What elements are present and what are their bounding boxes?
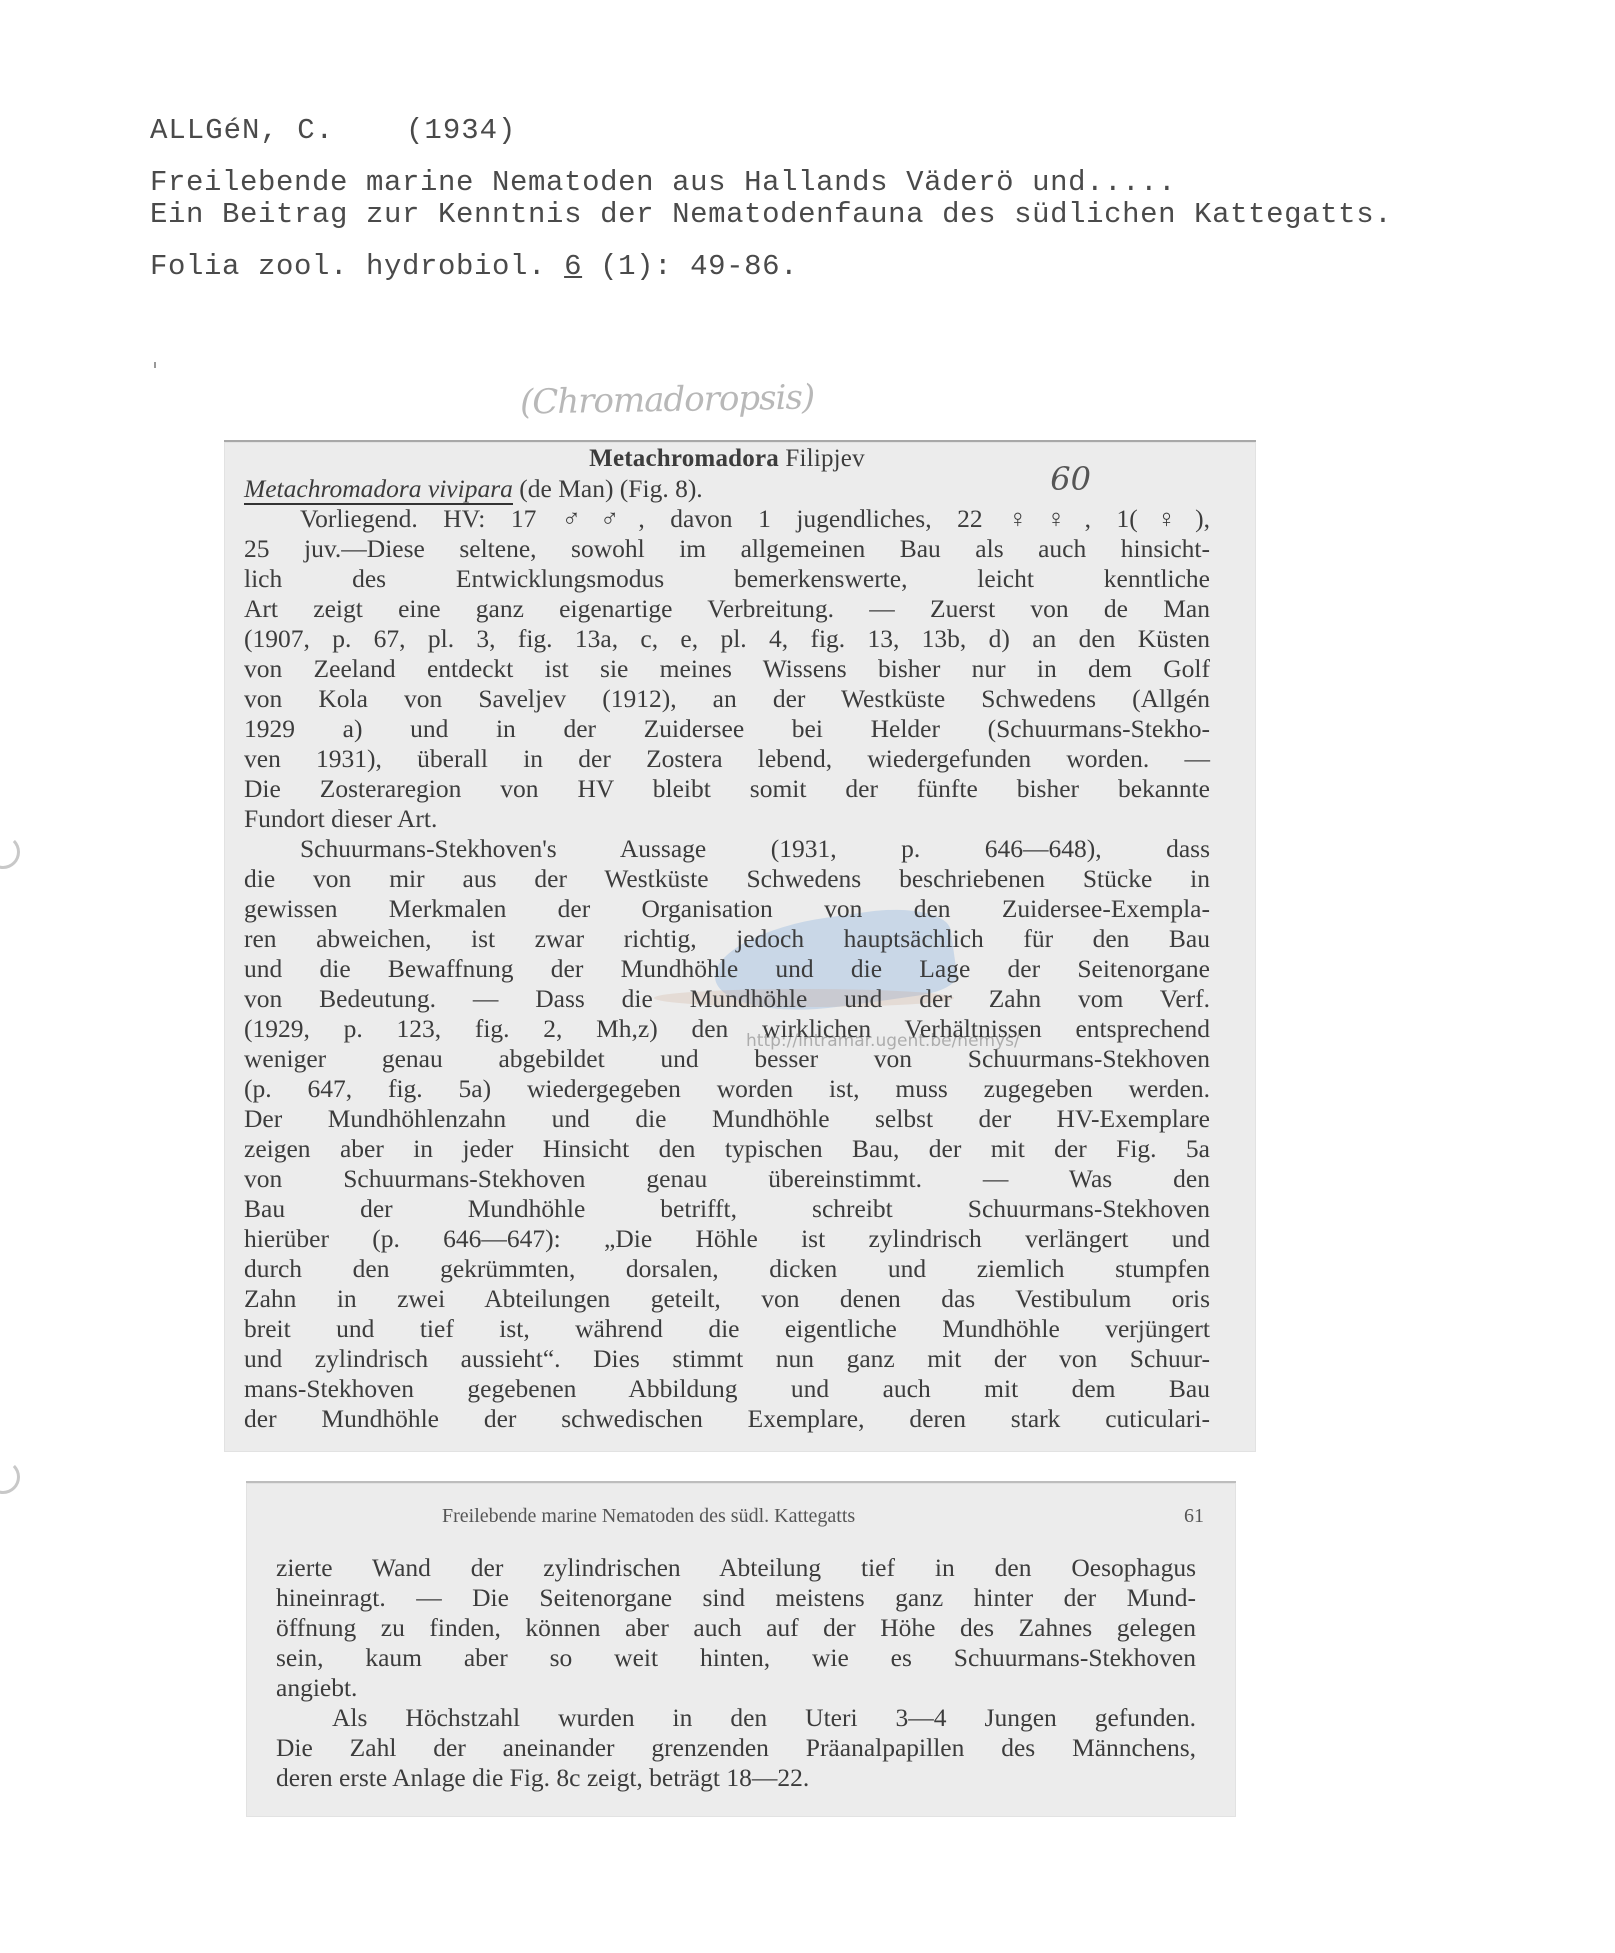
- species-heading: Metachromadora vivipara (de Man) (Fig. 8…: [244, 474, 1210, 504]
- text-line: gewissen Merkmalen der Organisation von …: [244, 894, 1210, 924]
- text-line: von Bedeutung. — Dass die Mundhöhle und …: [244, 984, 1210, 1014]
- text-line: sein, kaum aber so weit hinten, wie es S…: [276, 1643, 1196, 1673]
- punch-hole-mark: [0, 1460, 20, 1494]
- punch-hole-mark: [0, 835, 20, 869]
- text-line: öffnung zu finden, können aber auch auf …: [276, 1613, 1196, 1643]
- species-author-fig: (de Man) (Fig. 8).: [513, 474, 703, 503]
- text-line: Schuurmans-Stekhoven's Aussage (1931, p.…: [244, 834, 1210, 864]
- text-line: Art zeigt eine ganz eigenartige Verbreit…: [244, 594, 1210, 624]
- text-line: zierte Wand der zylindrischen Abteilung …: [276, 1553, 1196, 1583]
- text-line: Vorliegend. HV: 17 ♂♂, davon 1 jugendlic…: [244, 504, 1210, 534]
- handwritten-genus-note: (Chromadoropsis): [520, 377, 815, 422]
- species-name: Metachromadora vivipara: [244, 474, 513, 505]
- text-line: ven 1931), überall in der Zostera lebend…: [244, 744, 1210, 774]
- text-line: Fundort dieser Art.: [244, 804, 1210, 834]
- text-line: Bau der Mundhöhle betrifft, schreibt Sch…: [244, 1194, 1210, 1224]
- genus-heading: Metachromadora Filipjev: [244, 444, 1210, 474]
- text-line: breit und tief ist, während die eigentli…: [244, 1314, 1210, 1344]
- citation-journal: Folia zool. hydrobiol.: [150, 250, 564, 283]
- text-line: von Kola von Saveljev (1912), an der Wes…: [244, 684, 1210, 714]
- publication-year: (1934): [406, 114, 516, 147]
- card-author-line: ALLGéN, C.(1934): [150, 114, 516, 147]
- text-line: Zahn in zwei Abteilungen geteilt, von de…: [244, 1284, 1210, 1314]
- text-line: von Schuurmans-Stekhoven genau übereinst…: [244, 1164, 1210, 1194]
- text-line: deren erste Anlage die Fig. 8c zeigt, be…: [276, 1763, 1196, 1793]
- text-line: Die Zahl der aneinander grenzenden Präan…: [276, 1733, 1196, 1763]
- text-line: ren abweichen, ist zwar richtig, jedoch …: [244, 924, 1210, 954]
- clipping-body: zierte Wand der zylindrischen Abteilung …: [276, 1553, 1196, 1793]
- title-line-2: Ein Beitrag zur Kenntnis der Nematodenfa…: [150, 198, 1392, 231]
- text-line: mans-Stekhoven gegebenen Abbildung und a…: [244, 1374, 1210, 1404]
- journal-citation: Folia zool. hydrobiol. 6 (1): 49-86.: [150, 250, 798, 283]
- text-line: 1929 a) und in der Zuidersee bei Helder …: [244, 714, 1210, 744]
- citation-issue-pages: (1): 49-86.: [582, 250, 798, 283]
- article-clipping-page-60: 60 http://intramar.ugent.be/nemys/ Metac…: [224, 440, 1256, 1452]
- text-line: (p. 647, fig. 5a) wiedergegeben worden i…: [244, 1074, 1210, 1104]
- author-name: ALLGéN, C.: [150, 114, 334, 147]
- text-line: Als Höchstzahl wurden in den Uteri 3—4 J…: [276, 1703, 1196, 1733]
- genus-name: Metachromadora: [589, 445, 779, 472]
- clipping-body: Metachromadora Filipjev Metachromadora v…: [244, 444, 1210, 1434]
- title-line-1: Freilebende marine Nematoden aus Halland…: [150, 166, 1176, 199]
- genus-author: Filipjev: [779, 445, 865, 472]
- text-line: Die Zosteraregion von HV bleibt somit de…: [244, 774, 1210, 804]
- text-line: der Mundhöhle der schwedischen Exemplare…: [244, 1404, 1210, 1434]
- running-head-title: Freilebende marine Nematoden des südl. K…: [442, 1505, 855, 1528]
- text-line: (1907, p. 67, pl. 3, fig. 13a, c, e, pl.…: [244, 624, 1210, 654]
- text-line: hineinragt. — Die Seitenorgane sind meis…: [276, 1583, 1196, 1613]
- text-line: hierüber (p. 646—647): „Die Höhle ist zy…: [244, 1224, 1210, 1254]
- article-clipping-page-61: Freilebende marine Nematoden des südl. K…: [246, 1481, 1236, 1817]
- text-line: Der Mundhöhlenzahn und die Mundhöhle sel…: [244, 1104, 1210, 1134]
- text-line: lich des Entwicklungsmodus bemerkenswert…: [244, 564, 1210, 594]
- text-line: zeigen aber in jeder Hinsicht den typisc…: [244, 1134, 1210, 1164]
- text-line: 25 juv.—Diese seltene, sowohl im allgeme…: [244, 534, 1210, 564]
- stray-mark: [154, 362, 156, 368]
- text-line: die von mir aus der Westküste Schwedens …: [244, 864, 1210, 894]
- text-line: und die Bewaffnung der Mundhöhle und die…: [244, 954, 1210, 984]
- text-line: angiebt.: [276, 1673, 1196, 1703]
- text-line: von Zeeland entdeckt ist sie meines Wiss…: [244, 654, 1210, 684]
- citation-volume: 6: [564, 250, 582, 283]
- text-line: (1929, p. 123, fig. 2, Mh,z) den wirklic…: [244, 1014, 1210, 1044]
- text-line: weniger genau abgebildet und besser von …: [244, 1044, 1210, 1074]
- text-line: durch den gekrümmten, dorsalen, dicken u…: [244, 1254, 1210, 1284]
- printed-page-number: 61: [1184, 1505, 1204, 1528]
- text-line: und zylindrisch aussieht“. Dies stimmt n…: [244, 1344, 1210, 1374]
